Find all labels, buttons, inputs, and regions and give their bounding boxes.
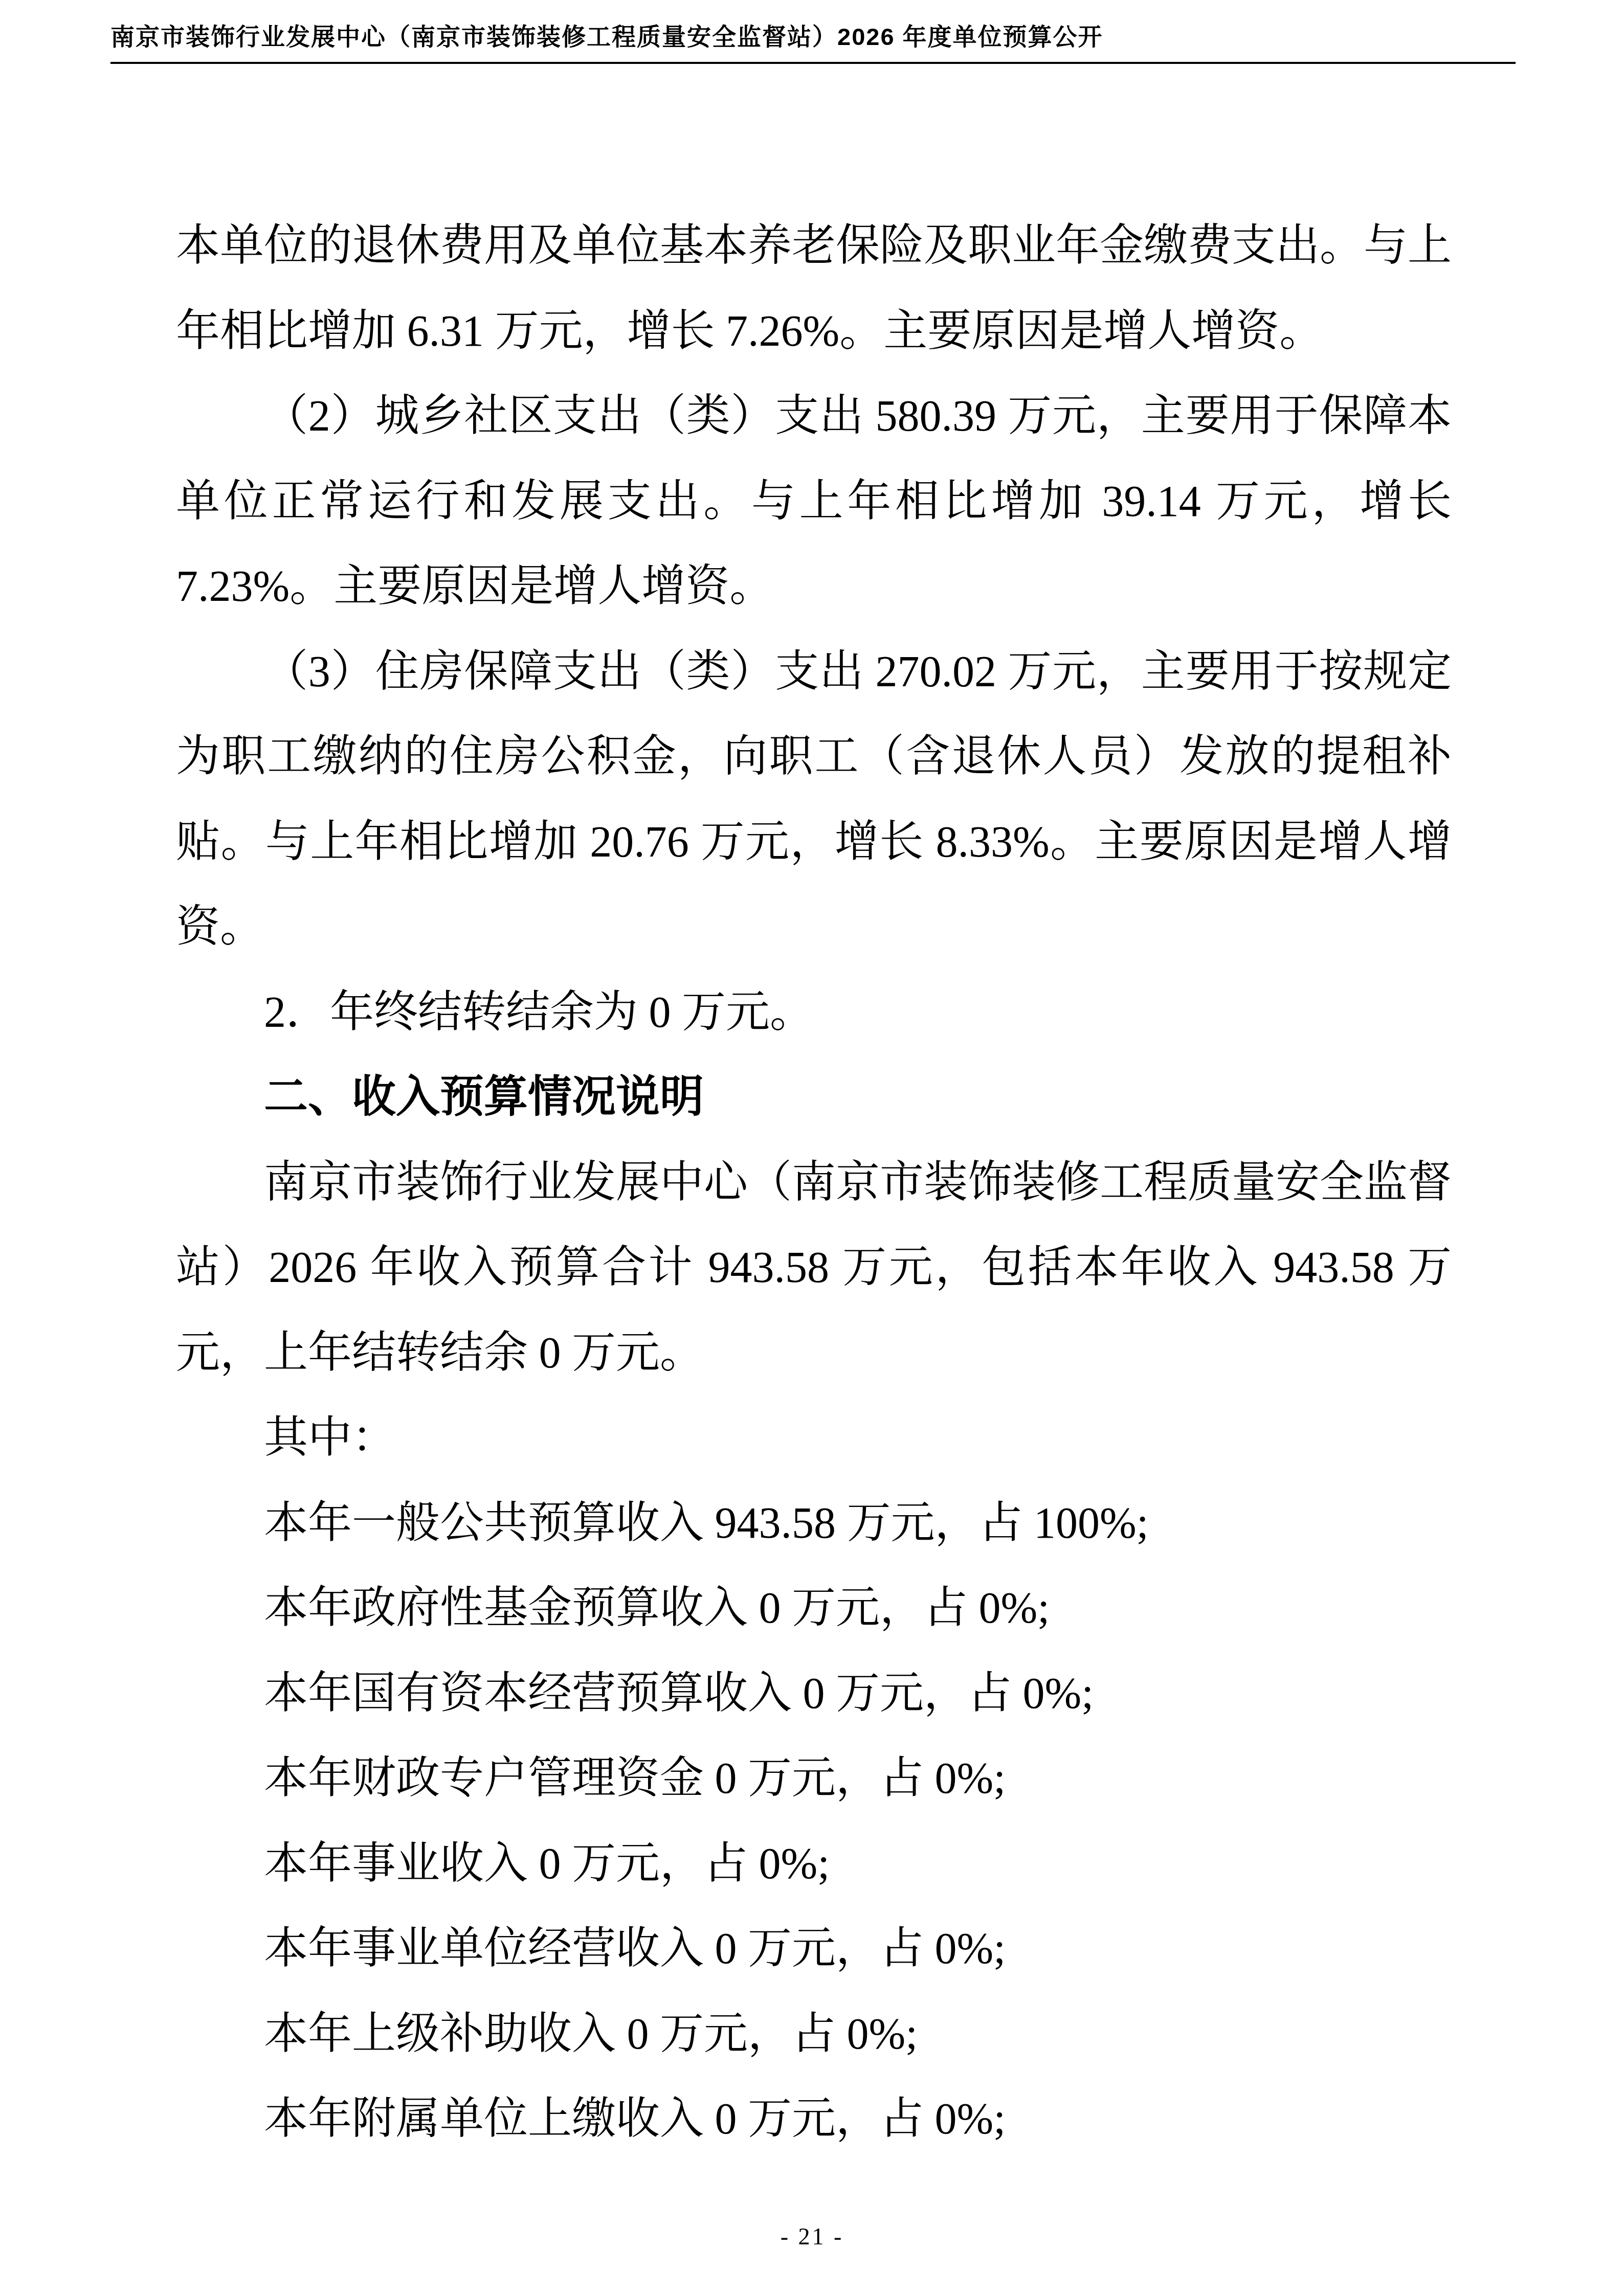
body-line-12: 南京市装饰行业发展中心（南京市装饰装修工程质量安全监督	[176, 1140, 1452, 1225]
body-line-4: 单位正常运行和发展支出。与上年相比增加 39.14 万元，增长	[176, 459, 1452, 544]
body-line-15: 其中：	[176, 1395, 1452, 1480]
body-line-21: 本年事业单位经营收入 0 万元，占 0%;	[176, 1906, 1452, 1991]
body-line-8: 贴。与上年相比增加 20.76 万元，增长 8.33%。主要原因是增人增	[176, 799, 1452, 885]
page-footer: - 21 -	[0, 2221, 1624, 2252]
body-line-13: 站）2026 年收入预算合计 943.58 万元，包括本年收入 943.58 万	[176, 1225, 1452, 1310]
body-line-18: 本年国有资本经营预算收入 0 万元，占 0%;	[176, 1651, 1452, 1736]
body-line-23: 本年附属单位上缴收入 0 万元，占 0%;	[176, 2076, 1452, 2162]
document-page: 南京市装饰行业发展中心（南京市装饰装修工程质量安全监督站）2026 年度单位预算…	[0, 0, 1624, 2296]
body-line-19: 本年财政专户管理资金 0 万元，占 0%;	[176, 1736, 1452, 1821]
body-line-5: 7.23%。主要原因是增人增资。	[176, 544, 1452, 629]
body-line-17: 本年政府性基金预算收入 0 万元，占 0%;	[176, 1565, 1452, 1651]
header-rule	[110, 62, 1516, 64]
body-line-22: 本年上级补助收入 0 万元，占 0%;	[176, 1991, 1452, 2077]
body-line-6: （3）住房保障支出（类）支出 270.02 万元，主要用于按规定	[176, 629, 1452, 714]
body-line-9: 资。	[176, 884, 1452, 970]
section-heading: 二、收入预算情况说明	[176, 1054, 1452, 1140]
document-body: 本单位的退休费用及单位基本养老保险及职业年金缴费支出。与上 年相比增加 6.31…	[176, 203, 1452, 2162]
body-line-2: 年相比增加 6.31 万元，增长 7.26%。主要原因是增人增资。	[176, 288, 1452, 374]
body-line-7: 为职工缴纳的住房公积金，向职工（含退休人员）发放的提租补	[176, 714, 1452, 799]
body-line-1: 本单位的退休费用及单位基本养老保险及职业年金缴费支出。与上	[176, 203, 1452, 288]
page-header-title: 南京市装饰行业发展中心（南京市装饰装修工程质量安全监督站）2026 年度单位预算…	[110, 24, 1103, 50]
page-number: - 21 -	[781, 2223, 844, 2249]
body-line-16: 本年一般公共预算收入 943.58 万元，占 100%;	[176, 1480, 1452, 1566]
body-line-14: 元，上年结转结余 0 万元。	[176, 1310, 1452, 1395]
body-line-3: （2）城乡社区支出（类）支出 580.39 万元，主要用于保障本	[176, 373, 1452, 459]
body-line-10: 2．年终结转结余为 0 万元。	[176, 970, 1452, 1055]
body-line-20: 本年事业收入 0 万元，占 0%;	[176, 1821, 1452, 1906]
